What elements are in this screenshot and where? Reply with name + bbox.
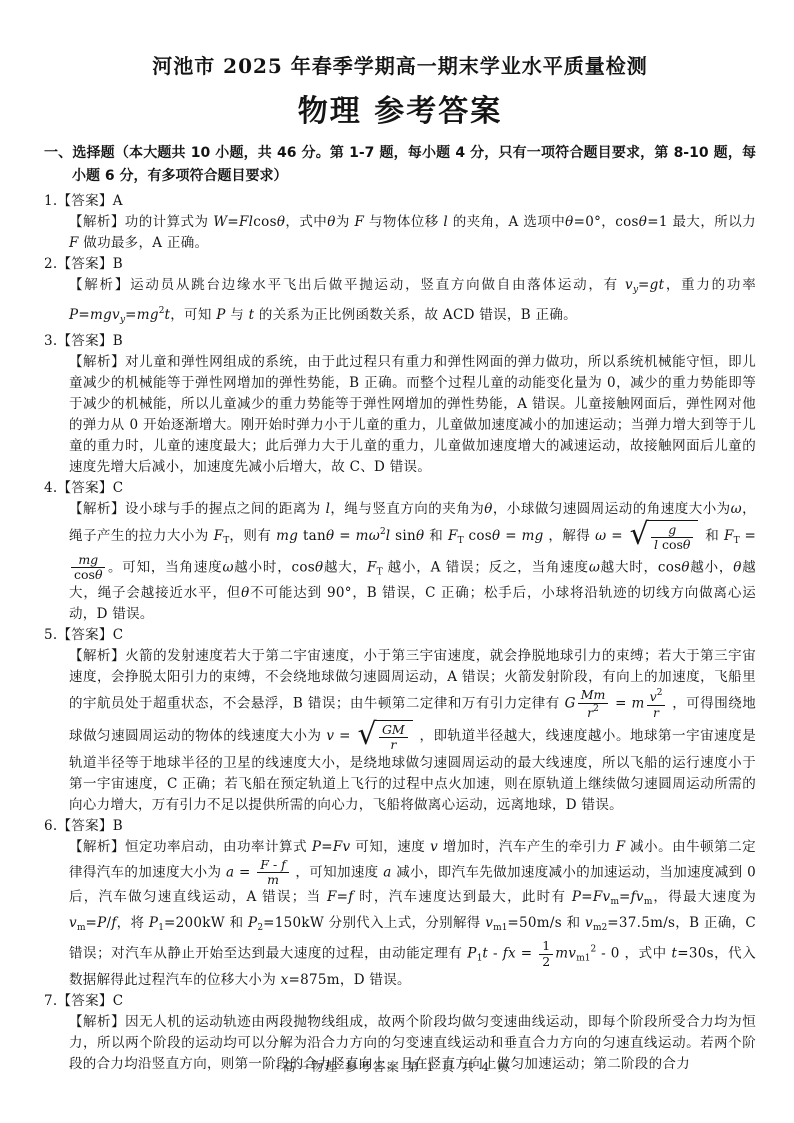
text-run: - 0 ，式中 [596, 946, 671, 962]
text-run: v [485, 915, 493, 931]
text-run: 为 [336, 214, 355, 230]
text-run: = [78, 307, 90, 323]
text-run: r [653, 705, 659, 720]
text-run: ，式中 [285, 214, 327, 230]
text-run: cos [464, 528, 492, 544]
document-page: 河池市 2025 年春季学期高一期末学业水平质量检测 物理 参考答案 一、选择题… [0, 0, 794, 1123]
answer-items-list: 1.【答案】A【解析】功的计算式为 W=Flcosθ，式中θ为 F 与物体位移 … [44, 191, 756, 1075]
fraction: F - fm [257, 858, 289, 888]
text-run: θ [484, 501, 492, 517]
page-footer: 高一物理 参考答案 第 1 页 共 4 页 [0, 1058, 794, 1075]
text-run: F [355, 214, 365, 230]
text-run: v [625, 277, 633, 293]
text-run: v [69, 915, 77, 931]
text-run: Fv [593, 889, 611, 905]
text-run: ，解得 [544, 528, 595, 544]
text-run: x [281, 972, 289, 988]
text-run: m1 [493, 923, 507, 933]
text-run: = [234, 864, 255, 880]
text-run: r [390, 737, 396, 752]
answer-letter: C [113, 480, 124, 496]
text-run: mω [356, 528, 380, 544]
text-run: ，可知加速度 [291, 864, 383, 880]
analysis-paragraph: 【解析】恒定功率启动，由功率计算式 P=Fv 可知，速度 v 增加时，汽车产生的… [69, 837, 756, 991]
text-run: Mm [581, 687, 606, 702]
text-run: ，绳与竖直方向的夹角为 [330, 501, 484, 517]
analysis-paragraph: 【解析】运动员从跳台边缘水平飞出后做平抛运动，竖直方向做自由落体运动，有 vy=… [69, 275, 756, 331]
text-run: 【解析】运动员从跳台边缘水平飞出后做平抛运动，竖直方向做自由落体运动，有 [69, 277, 625, 293]
text-run: ，得最大速度为 [652, 889, 756, 905]
answer-line: 1.【答案】A [44, 191, 756, 212]
text-run: v [430, 839, 438, 855]
text-run: = [638, 277, 650, 293]
text-run: sin [390, 528, 416, 544]
text-run: 越大， [323, 559, 366, 575]
text-run: 2 [657, 688, 663, 698]
text-run: m [632, 696, 645, 712]
text-run: fx [503, 946, 516, 962]
fraction-denominator: r [647, 706, 666, 720]
answer-item: 5.【答案】C【解析】火箭的发射速度若大于第二宇宙速度，小于第三宇宙速度，就会挣… [44, 625, 756, 816]
text-run: =150kW 分别代入上式，分别解得 [263, 915, 485, 931]
answer-letter: B [113, 256, 123, 272]
text-run: ω [589, 559, 600, 575]
text-run: =50m/s 和 [507, 915, 585, 931]
text-run: v [585, 915, 593, 931]
fraction-numerator: F - f [257, 858, 289, 873]
text-run: GM [382, 722, 405, 737]
text-run: m [267, 872, 279, 887]
text-run: 越小，A 错误；反之，当角速度 [383, 559, 589, 575]
text-run: ω [595, 528, 606, 544]
text-run: θ [683, 537, 691, 552]
text-run: = [500, 528, 521, 544]
text-run: = [516, 946, 537, 962]
text-run: v [650, 689, 657, 704]
text-run: 与 [226, 307, 249, 323]
text-run: ，小球做匀速圆周运动的角速度大小为 [493, 501, 731, 517]
text-run: 做功最多，A 正确。 [79, 235, 209, 251]
text-run: = [610, 696, 631, 712]
text-run: θ [681, 559, 689, 575]
text-run: m1 [576, 954, 590, 964]
answer-line: 6.【答案】B [44, 816, 756, 837]
text-run: P [216, 307, 225, 323]
text-run: cos [74, 567, 95, 582]
radical-sign: √ [358, 720, 377, 750]
fraction-denominator: m [257, 873, 289, 887]
text-run: ，重力的功率 [664, 277, 756, 293]
text-run: P [149, 915, 158, 931]
text-run: 【解析】设小球与手的握点之间的距离为 [69, 501, 326, 517]
fraction-denominator: r [379, 738, 408, 752]
fraction-numerator: v2 [647, 688, 666, 705]
text-run: 越小， [690, 559, 733, 575]
fraction: 12 [539, 939, 553, 969]
text-run: P [572, 889, 581, 905]
text-run: = [740, 528, 756, 544]
text-run: ，将 [117, 915, 149, 931]
text-run: = [321, 839, 333, 855]
text-run: 时，汽车速度达到最大，此时有 [354, 889, 572, 905]
item-number: 1. [44, 193, 57, 209]
answer-letter: C [113, 627, 124, 643]
text-run: g [668, 522, 676, 537]
text-run: 与物体位移 [364, 214, 443, 230]
text-run: 【解析】功的计算式为 [69, 214, 213, 230]
document-title: 河池市 2025 年春季学期高一期末学业水平质量检测 [44, 50, 756, 79]
text-run: θ [327, 214, 335, 230]
answer-item: 4.【答案】C【解析】设小球与手的握点之间的距离为 l，绳与竖直方向的夹角为θ，… [44, 478, 756, 625]
answer-label: 【答案】 [57, 627, 112, 643]
text-run: cos [253, 214, 277, 230]
text-run: mg [137, 307, 159, 323]
analysis-paragraph: 【解析】设小球与手的握点之间的距离为 l，绳与竖直方向的夹角为θ，小球做匀速圆周… [69, 499, 756, 625]
text-run: mg [276, 528, 298, 544]
item-number: 6. [44, 818, 57, 834]
text-run: ω [731, 501, 742, 517]
text-run: a [383, 864, 391, 880]
fraction-denominator: cosθ [71, 568, 105, 582]
fraction-numerator: GM [379, 723, 408, 738]
text-run: θ [639, 214, 647, 230]
fraction-denominator: l cosθ [651, 538, 693, 552]
text-run: θ [277, 214, 285, 230]
fraction-denominator: 2 [539, 955, 553, 969]
text-run: 增加时，汽车产生的牵引力 [438, 839, 616, 855]
text-run: =1 最大，所以力 [647, 214, 756, 230]
text-run: 【解析】恒定功率启动，由功率计算式 [69, 839, 312, 855]
fraction-denominator: r2 [578, 704, 609, 720]
text-run: 越大时，cos [600, 559, 681, 575]
text-run: mgv [90, 307, 120, 323]
text-run: = [581, 889, 593, 905]
text-run: 【解析】对儿童和弹性网组成的系统，由于此过程只有重力和弹性网面的弹力做功，所以系… [69, 354, 756, 475]
fraction: GMr [379, 723, 408, 753]
text-run: 和 [700, 528, 724, 544]
text-run: θ [95, 567, 103, 582]
answer-letter: A [113, 193, 123, 209]
text-run: P [312, 839, 321, 855]
item-number: 4. [44, 480, 57, 496]
answer-label: 【答案】 [57, 256, 112, 272]
text-run: θ [565, 214, 573, 230]
answer-key-title: 物理 参考答案 [44, 86, 756, 130]
answer-item: 6.【答案】B【解析】恒定功率启动，由功率计算式 P=Fv 可知，速度 v 增加… [44, 816, 756, 991]
text-run: W [213, 214, 227, 230]
text-run: m [610, 897, 619, 907]
fraction: v2r [647, 688, 666, 720]
answer-label: 【答案】 [57, 193, 112, 209]
text-run: tan [298, 528, 326, 544]
text-run: P [467, 946, 476, 962]
text-run: gt [650, 277, 665, 293]
text-run: P [248, 915, 257, 931]
text-run: = [334, 528, 355, 544]
text-run: F [260, 857, 269, 872]
text-run: F [724, 528, 734, 544]
radical-sign: √ [630, 520, 649, 550]
section-header: 一、选择题（本大题共 10 小题，共 46 分。第 1-7 题，每小题 4 分，… [44, 142, 756, 188]
fraction: mgcosθ [71, 553, 105, 583]
text-run: f [281, 857, 286, 872]
text-run: Fl [239, 214, 253, 230]
text-run: F [69, 235, 79, 251]
answer-label: 【答案】 [57, 818, 112, 834]
text-run: 的夹角，A 选项中 [448, 214, 565, 230]
answer-label: 【答案】 [57, 993, 112, 1009]
answer-label: 【答案】 [57, 480, 112, 496]
text-run: 和 [424, 528, 448, 544]
text-run: 1 [542, 938, 550, 953]
answer-line: 5.【答案】C [44, 625, 756, 646]
text-run: 可知，速度 [350, 839, 430, 855]
text-run: F [448, 528, 458, 544]
answer-letter: B [113, 818, 123, 834]
answer-line: 3.【答案】B [44, 331, 756, 352]
radicand: gl cosθ [646, 520, 698, 553]
text-run: = [337, 889, 349, 905]
text-run: F [367, 559, 377, 575]
text-run: F [616, 839, 626, 855]
item-number: 3. [44, 333, 57, 349]
fraction-numerator: mg [71, 553, 105, 568]
item-number: 5. [44, 627, 57, 643]
text-run: G [565, 696, 576, 712]
answer-item: 1.【答案】A【解析】功的计算式为 W=Flcosθ，式中θ为 F 与物体位移 … [44, 191, 756, 254]
fraction: Mmr2 [578, 688, 609, 720]
text-run: = [334, 728, 355, 744]
sqrt-expression: √gl cosθ [630, 520, 699, 553]
answer-letter: C [113, 993, 124, 1009]
text-run: = [619, 889, 631, 905]
text-run: = [606, 528, 627, 544]
answer-item: 2.【答案】B【解析】运动员从跳台边缘水平飞出后做平抛运动，竖直方向做自由落体运… [44, 254, 756, 331]
radicand: GMr [374, 720, 413, 753]
text-run: mv [555, 946, 576, 962]
analysis-paragraph: 【解析】火箭的发射速度若大于第二宇宙速度，小于第三宇宙速度，就会挣脱地球引力的束… [69, 646, 756, 816]
answer-item: 3.【答案】B【解析】对儿童和弹性网组成的系统，由于此过程只有重力和弹性网面的弹… [44, 331, 756, 478]
text-run: - [269, 857, 281, 872]
text-run: ω [222, 559, 233, 575]
text-run: ，可知 [170, 307, 216, 323]
item-number: 2. [44, 256, 57, 272]
text-run: mg [78, 552, 98, 567]
sqrt-expression: √GMr [358, 720, 413, 753]
fraction-numerator: Mm [578, 688, 609, 703]
answer-letter: B [113, 333, 123, 349]
text-run: θ [241, 585, 249, 601]
fraction: gl cosθ [651, 523, 693, 553]
text-run: - [488, 946, 503, 962]
text-run: P [97, 915, 106, 931]
text-run: 2 [593, 704, 599, 714]
text-run: 越小时，cos [234, 559, 315, 575]
text-run: 的关系为正比例函数关系，故 ACD 错误，B 正确。 [254, 307, 577, 323]
text-run: Fv [333, 839, 351, 855]
text-run: fv [631, 889, 644, 905]
fraction-numerator: 1 [539, 939, 553, 954]
text-run: θ [733, 559, 741, 575]
text-run: 。可知，当角速度 [107, 559, 222, 575]
text-run: =0°，cos [574, 214, 639, 230]
text-run: 2 [542, 954, 550, 969]
answer-line: 4.【答案】C [44, 478, 756, 499]
text-run: = [125, 307, 137, 323]
text-run: =875m，D 错误。 [289, 972, 411, 988]
answer-label: 【答案】 [57, 333, 112, 349]
text-run: = [227, 214, 239, 230]
item-number: 7. [44, 993, 57, 1009]
text-run: = [85, 915, 97, 931]
text-run: =200kW 和 [164, 915, 248, 931]
text-run: cos [658, 537, 683, 552]
answer-line: 7.【答案】C [44, 991, 756, 1012]
answer-line: 2.【答案】B [44, 254, 756, 275]
text-run: P [69, 307, 78, 323]
text-run: m2 [593, 923, 607, 933]
text-run: ，则有 [229, 528, 276, 544]
text-run: F [214, 528, 224, 544]
text-run: F [327, 889, 337, 905]
text-run: mg [522, 528, 544, 544]
fraction-numerator: g [651, 523, 693, 538]
analysis-paragraph: 【解析】对儿童和弹性网组成的系统，由于此过程只有重力和弹性网面的弹力做功，所以系… [69, 352, 756, 478]
analysis-paragraph: 【解析】功的计算式为 W=Flcosθ，式中θ为 F 与物体位移 l 的夹角，A… [69, 212, 756, 254]
